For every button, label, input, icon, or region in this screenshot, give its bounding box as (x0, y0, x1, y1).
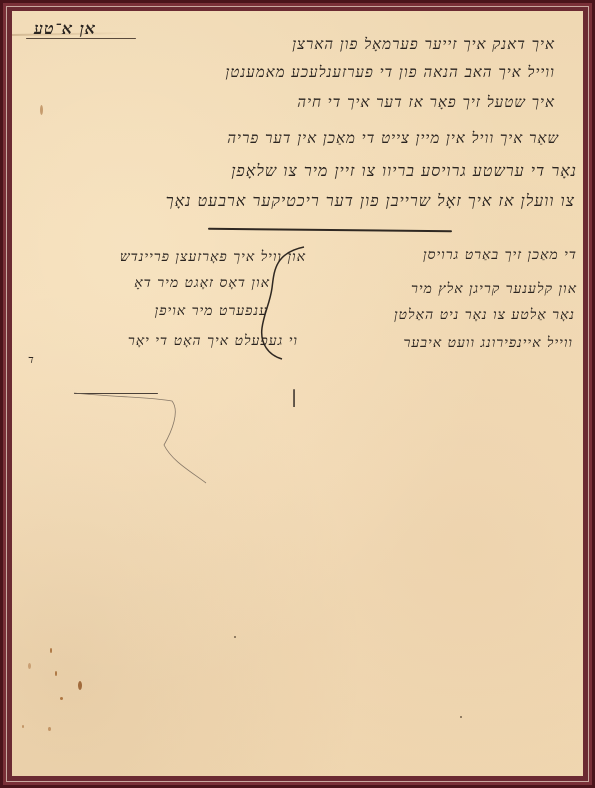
paragraph-1-line-5: נאָר די ערשטע גרויסע בריוו צו זיין מיר צ… (231, 161, 577, 181)
rust-stain (50, 648, 52, 653)
signature-mark: ד (28, 353, 35, 366)
page-marker: | (291, 387, 298, 408)
document-frame: אן א־טע איך דאנק איך זייער פערמאָל פון ה… (0, 0, 595, 788)
paragraph-2-right-line-1: די מאַכן זיך באַרט גרויסן (423, 247, 577, 264)
aged-paper-sheet: אן א־טע איך דאנק איך זייער פערמאָל פון ה… (12, 11, 583, 776)
paragraph-2-right-line-3: נאָר אַלטע צו נאָר ניט האַלטן (394, 307, 575, 324)
paragraph-1-line-1: איך דאנק איך זייער פערמאָל פון הארצן (292, 35, 555, 54)
paragraph-1-line-3: איך שטעל זיך פאָר אז דער איך די חיה (297, 93, 555, 112)
rust-stain (60, 697, 63, 700)
paragraph-1-line-2: ווייל איך האב הנאה פון די פערזענלעכע מאמ… (225, 63, 555, 82)
ink-speck (460, 716, 462, 718)
stray-pencil-stroke (72, 391, 212, 491)
header-underline (26, 38, 136, 39)
header-note: אן א־טע (34, 19, 96, 39)
rust-stain (78, 681, 82, 690)
paragraph-2-right-line-4: ווייל איינפירונג וועט איבער (403, 335, 573, 352)
paragraph-2-left-line-2: און דאָס זאָגט מיר דאָ (70, 275, 270, 292)
rust-stain (40, 105, 43, 115)
rust-stain (22, 725, 24, 728)
section-separator (208, 228, 452, 232)
ink-speck (234, 636, 236, 638)
rust-stain (28, 663, 31, 669)
paragraph-2-left-line-3: ענפערט מיר אויפן (88, 303, 268, 320)
rust-stain (48, 727, 51, 731)
paragraph-2-left-line-1: און וויל איך פאָרזעצן פריינדש (16, 249, 306, 266)
paragraph-1-line-4: שאַר איך וויל אין מיין צייט די מאַכן אין… (227, 129, 559, 148)
rust-stain (55, 671, 57, 676)
paragraph-2-right-line-2: און קלענער קריגן אלץ מיר (411, 281, 577, 298)
paragraph-1-line-6: צו וועלן אז איך זאָל שרייבן פון דער ריכט… (166, 191, 575, 211)
frame-inner-border: אן א־טע איך דאנק איך זייער פערמאָל פון ה… (6, 6, 589, 782)
paragraph-2-left-line-4: וי געפעלט איך האָט די יאָר (28, 333, 298, 350)
